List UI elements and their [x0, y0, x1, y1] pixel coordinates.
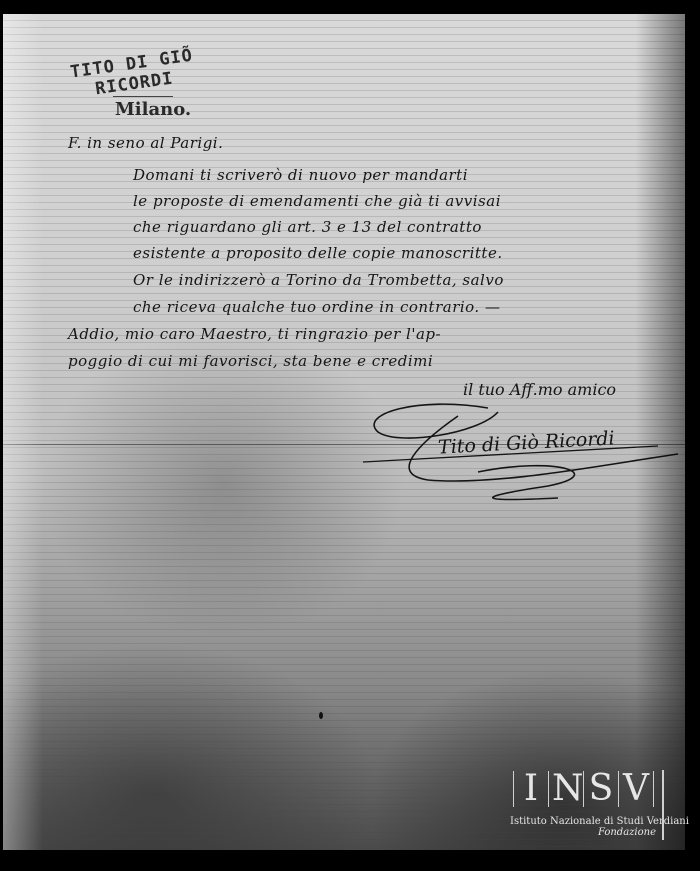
signature: Tito di Giò Ricordi: [358, 394, 685, 504]
letter-line-salutation: F. in seno al Parigi.: [68, 134, 223, 152]
watermark-divider: [548, 771, 549, 807]
letter-line: le proposte di emendamenti che già ti av…: [133, 192, 501, 210]
letter-line: poggio di cui mi favorisci, sta bene e c…: [68, 352, 433, 370]
watermark-logo: I N S V: [510, 768, 660, 810]
letter-line: che riceva qualche tuo ordine in contrar…: [133, 298, 500, 316]
letterhead-rule: [113, 96, 173, 97]
letter-line: Addio, mio caro Maestro, ti ringrazio pe…: [68, 325, 441, 343]
letter-line: Domani ti scriverò di nuovo per mandarti: [133, 166, 468, 184]
watermark-letter: S: [587, 771, 615, 807]
letter-line: che riguardano gli art. 3 e 13 del contr…: [133, 218, 482, 236]
letterhead-city: Milano.: [73, 99, 233, 120]
watermark-divider: [583, 771, 584, 807]
letterhead-stamp: TITO DI GIÕ RICORDI Milano.: [33, 54, 233, 120]
letterhead-firm: TITO DI GIÕ RICORDI: [31, 40, 235, 107]
watermark-letter: N: [552, 771, 580, 807]
watermark-institution: Istituto Nazionale di Studi Verdiani: [510, 816, 660, 827]
watermark-letter: V: [622, 771, 650, 807]
watermark-divider: [618, 771, 619, 807]
watermark-divider: [513, 771, 514, 807]
watermark-divider: [653, 771, 654, 807]
letter-line: esistente a proposito delle copie manosc…: [133, 244, 503, 262]
watermark-vertical-bar: [662, 770, 664, 840]
letter-line: Or le indirizzerò a Torino da Trombetta,…: [133, 271, 504, 289]
insv-watermark: I N S V Istituto Nazionale di Studi Verd…: [510, 768, 660, 838]
watermark-letter: I: [517, 771, 545, 807]
scan-frame: TITO DI GIÕ RICORDI Milano. F. in seno a…: [0, 0, 700, 871]
watermark-subtitle: Fondazione: [510, 827, 656, 838]
ink-spot: [319, 712, 323, 719]
letter-page: TITO DI GIÕ RICORDI Milano. F. in seno a…: [3, 14, 685, 850]
